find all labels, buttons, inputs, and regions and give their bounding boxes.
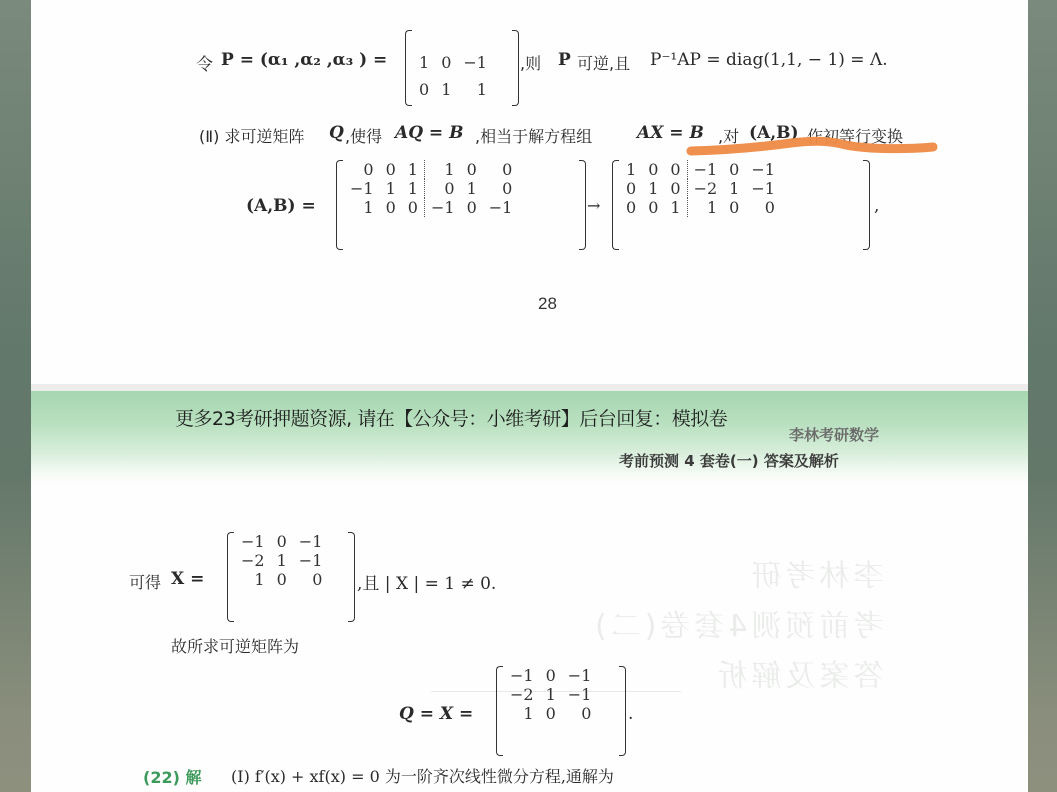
matrix-cell: 0 xyxy=(723,160,745,179)
matrix-cell: 1 xyxy=(461,179,483,198)
matrix-cell: −2 xyxy=(235,551,271,570)
matrix-cell: 1 xyxy=(620,160,642,179)
matrix-cell: −1 xyxy=(562,666,598,685)
matrix-cell: 0 xyxy=(745,198,781,217)
matrix-cell: 1 xyxy=(344,198,380,217)
matrix-Q: −10−1 −21−1 100 xyxy=(496,666,626,756)
page-separator xyxy=(31,384,1028,391)
watermark-line: 答案及解析 xyxy=(631,651,884,695)
matrix-cell: 0 xyxy=(461,198,483,217)
matrix-cell: 0 xyxy=(402,198,425,217)
matrix-cell: 0 xyxy=(380,160,402,179)
matrix-cell: −1 xyxy=(293,532,329,551)
text-comma: , xyxy=(874,196,879,216)
matrix-cell: 0 xyxy=(723,198,745,217)
matrix-cell: −1 xyxy=(344,179,380,198)
matrix-cell: 1 xyxy=(540,685,562,704)
matrix-cell: 1 xyxy=(380,179,402,198)
matrix-cell: −2 xyxy=(687,179,723,198)
matrix-cell: 1 xyxy=(235,570,271,589)
matrix-cell: 0 xyxy=(461,160,483,179)
matrix-cell: 1 xyxy=(687,198,723,217)
page-bottom: 更多23考研押题资源, 请在【公众号：小维考研】后台回复：模拟卷 李林考研数学 … xyxy=(31,391,1028,792)
matrix-bracket xyxy=(227,532,234,622)
matrix-cell: 1 xyxy=(642,179,664,198)
matrix-cell: 0 xyxy=(483,160,519,179)
matrix-cell: 1 xyxy=(723,179,745,198)
matrix-cell: 0 xyxy=(540,666,562,685)
matrix-cell: −1 xyxy=(745,160,781,179)
watermark-line: 李林考研 xyxy=(591,551,884,595)
page-top: 令 P = (α₁ ,α₂ ,α₃ ) = 1 0 −1 0 1 1 ,则 P … xyxy=(31,0,1028,384)
matrix-cell: −2 xyxy=(504,685,540,704)
equation-AB-lhs: (A,B) = xyxy=(246,196,316,216)
header-title: 考前预测 4 套卷(一) 答案及解析 xyxy=(619,450,839,471)
matrix-X: −10−1 −21−1 100 xyxy=(227,532,355,622)
header-brand: 李林考研数学 xyxy=(789,424,879,445)
matrix-bracket xyxy=(336,160,343,250)
matrix-cell: 1 xyxy=(271,551,293,570)
matrix-cell: 0 xyxy=(424,179,460,198)
matrix-AB: 001100 −111010 100−10−1 xyxy=(336,160,586,250)
matrix-cell: 0 xyxy=(271,570,293,589)
text-period: . xyxy=(628,704,633,724)
arrow-icon: → xyxy=(587,196,600,215)
matrix-cell: 0 xyxy=(293,570,329,589)
page-number: 28 xyxy=(538,294,557,314)
text-therefore: 故所求可逆矩阵为 xyxy=(171,634,299,657)
matrix-reduced: 100−10−1 010−21−1 001100 xyxy=(612,160,870,250)
matrix-cell: 1 xyxy=(402,179,425,198)
symbol-X-eq: X = xyxy=(171,569,204,589)
promo-banner-text: 更多23考研押题资源, 请在【公众号：小维考研】后台回复：模拟卷 xyxy=(175,404,727,431)
matrix-cell: 0 xyxy=(620,179,642,198)
problem-label: (22) 解 xyxy=(143,765,201,788)
matrix-cell: −1 xyxy=(424,198,460,217)
matrix-cell: 1 xyxy=(504,704,540,723)
matrix-cell: 0 xyxy=(664,160,687,179)
matrix-cell: 0 xyxy=(642,160,664,179)
matrix-cell: 0 xyxy=(380,198,402,217)
text-ode: (Ⅰ) f′(x) + xf(x) = 0 为一阶齐次线性微分方程,通解为 xyxy=(231,764,614,787)
matrix-cell: 1 xyxy=(424,160,460,179)
matrix-cell: 0 xyxy=(642,198,664,217)
matrix-cell: −1 xyxy=(687,160,723,179)
equation-det-X: ,且 | X | = 1 ≠ 0. xyxy=(357,569,496,594)
matrix-cell: 0 xyxy=(562,704,598,723)
matrix-cell: −1 xyxy=(293,551,329,570)
matrix-cell: 0 xyxy=(344,160,380,179)
matrix-cell: 1 xyxy=(402,160,425,179)
matrix-cell: 0 xyxy=(540,704,562,723)
matrix-cell: −1 xyxy=(504,666,540,685)
watermark: 李林考研 考前预测4套卷(二) 答案及解析 xyxy=(591,551,884,695)
matrix-cell: 0 xyxy=(664,179,687,198)
matrix-cell: 0 xyxy=(271,532,293,551)
matrix-cell: −1 xyxy=(745,179,781,198)
equation-Q-eq-X: Q = X = xyxy=(399,704,473,724)
text-obtain: 可得 xyxy=(129,570,161,593)
matrix-cell: 0 xyxy=(483,179,519,198)
matrix-cell: −1 xyxy=(562,685,598,704)
matrix-bracket xyxy=(612,160,619,250)
matrix-cell: −1 xyxy=(483,198,519,217)
matrix-bracket xyxy=(619,666,626,756)
matrix-bracket xyxy=(348,532,355,622)
watermark-line: 考前预测4套卷(二) xyxy=(591,601,884,645)
matrix-cell: 0 xyxy=(620,198,642,217)
matrix-cell: 1 xyxy=(664,198,687,217)
matrix-bracket xyxy=(579,160,586,250)
matrix-bracket xyxy=(496,666,503,756)
matrix-bracket xyxy=(863,160,870,250)
matrix-cell: −1 xyxy=(235,532,271,551)
